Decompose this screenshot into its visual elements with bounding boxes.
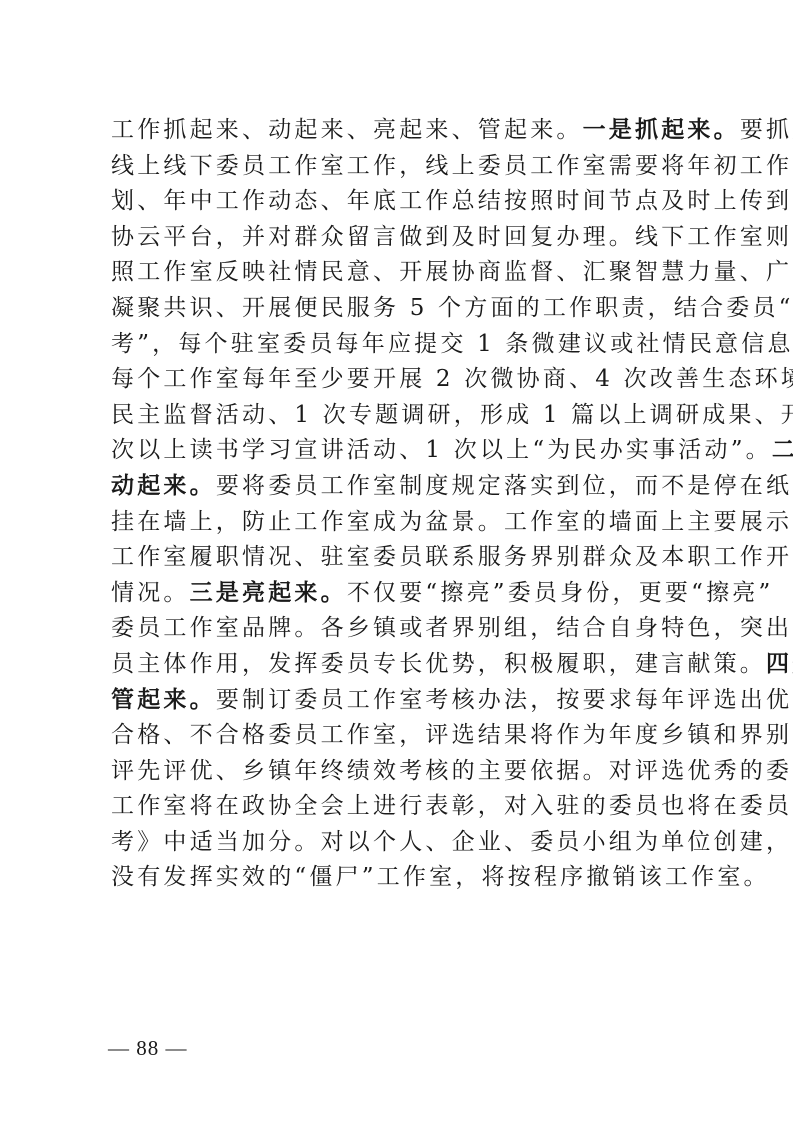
text-run: 工作抓起来、动起来、亮起来、管起来。 [111,117,583,143]
bold-heading-run: 四是 [766,651,793,677]
text-run: 次以上读书学习宣讲活动、1 次以上“为民办实事活动”。 [111,437,772,463]
text-run: 要将委员工作室制度规定落实到位，而不是停在纸面、 [216,473,793,499]
text-line: 考》中适当加分。对以个人、企业、委员小组为单位创建，却 [111,825,711,861]
text-line: 员主体作用，发挥委员专长优势，积极履职，建言献策。四是 [111,647,711,683]
text-run: 每个工作室每年至少要开展 2 次微协商、4 次改善生态环境专项 [111,366,793,392]
text-run: 挂在墙上，防止工作室成为盆景。工作室的墙面上主要展示该 [111,509,793,535]
text-line: 凝聚共识、开展便民服务 5 个方面的工作职责，结合委员“双 [111,291,711,327]
bold-heading-run: 动起来。 [111,473,216,499]
text-line: 工作抓起来、动起来、亮起来、管起来。一是抓起来。要抓好 [111,113,711,149]
text-run: 情况。 [111,580,190,606]
text-run: 不仅要“擦亮”委员身份，更要“擦亮” [347,580,774,606]
text-run: 工作室履职情况、驻室委员联系服务界别群众及本职工作开展 [111,544,793,570]
text-run: 要抓好 [740,117,793,143]
text-line: 线上线下委员工作室工作，线上委员工作室需要将年初工作计 [111,149,711,185]
text-line: 次以上读书学习宣讲活动、1 次以上“为民办实事活动”。二是 [111,433,711,469]
body-paragraph: 工作抓起来、动起来、亮起来、管起来。一是抓起来。要抓好线上线下委员工作室工作，线… [111,113,711,896]
text-run: 考”，每个驻室委员每年应提交 1 条微建议或社情民意信息。 [111,331,793,357]
text-run: 民主监督活动、1 次专题调研，形成 1 篇以上调研成果、开展 1 [111,402,793,428]
text-line: 工作室履职情况、驻室委员联系服务界别群众及本职工作开展 [111,540,711,576]
text-run: 没有发挥实效的“僵尸”工作室，将按程序撤销该工作室。 [111,864,770,890]
text-run: 线上线下委员工作室工作，线上委员工作室需要将年初工作计 [111,153,793,179]
text-line: 管起来。要制订委员工作室考核办法，按要求每年评选出优秀、 [111,683,711,719]
document-page: 工作抓起来、动起来、亮起来、管起来。一是抓起来。要抓好线上线下委员工作室工作，线… [0,0,793,1122]
text-line: 挂在墙上，防止工作室成为盆景。工作室的墙面上主要展示该 [111,505,711,541]
text-line: 评先评优、乡镇年终绩效考核的主要依据。对评选优秀的委员 [111,754,711,790]
text-run: 委员工作室品牌。各乡镇或者界别组，结合自身特色，突出委 [111,615,793,641]
text-run: 工作室将在政协全会上进行表彰，对入驻的委员也将在委员《双 [111,793,793,819]
text-line: 照工作室反映社情民意、开展协商监督、汇聚智慧力量、广泛 [111,255,711,291]
text-line: 每个工作室每年至少要开展 2 次微协商、4 次改善生态环境专项 [111,362,711,398]
page-number: — 88 — [108,1036,188,1061]
text-run: 考》中适当加分。对以个人、企业、委员小组为单位创建，却 [111,829,793,855]
text-line: 没有发挥实效的“僵尸”工作室，将按程序撤销该工作室。 [111,860,711,896]
text-line: 考”，每个驻室委员每年应提交 1 条微建议或社情民意信息。 [111,327,711,363]
text-run: 员主体作用，发挥委员专长优势，积极履职，建言献策。 [111,651,766,677]
text-run: 划、年中工作动态、年底工作总结按照时间节点及时上传到政 [111,188,793,214]
text-line: 协云平台，并对群众留言做到及时回复办理。线下工作室则按 [111,220,711,256]
text-run: 合格、不合格委员工作室，评选结果将作为年度乡镇和界别组 [111,722,793,748]
text-line: 情况。三是亮起来。不仅要“擦亮”委员身份，更要“擦亮” [111,576,711,612]
bold-heading-run: 三是亮起来。 [190,580,347,606]
text-run: 照工作室反映社情民意、开展协商监督、汇聚智慧力量、广泛 [111,259,793,285]
text-line: 合格、不合格委员工作室，评选结果将作为年度乡镇和界别组 [111,718,711,754]
bold-heading-run: 一是抓起来。 [583,117,740,143]
text-line: 委员工作室品牌。各乡镇或者界别组，结合自身特色，突出委 [111,611,711,647]
text-line: 划、年中工作动态、年底工作总结按照时间节点及时上传到政 [111,184,711,220]
bold-heading-run: 二是 [772,437,793,463]
text-line: 民主监督活动、1 次专题调研，形成 1 篇以上调研成果、开展 1 [111,398,711,434]
bold-heading-run: 管起来。 [111,687,216,713]
text-line: 动起来。要将委员工作室制度规定落实到位，而不是停在纸面、 [111,469,711,505]
text-line: 工作室将在政协全会上进行表彰，对入驻的委员也将在委员《双 [111,789,711,825]
text-run: 协云平台，并对群众留言做到及时回复办理。线下工作室则按 [111,224,793,250]
text-run: 凝聚共识、开展便民服务 5 个方面的工作职责，结合委员“双 [111,295,793,321]
text-run: 评先评优、乡镇年终绩效考核的主要依据。对评选优秀的委员 [111,758,793,784]
text-run: 要制订委员工作室考核办法，按要求每年评选出优秀、 [216,687,793,713]
